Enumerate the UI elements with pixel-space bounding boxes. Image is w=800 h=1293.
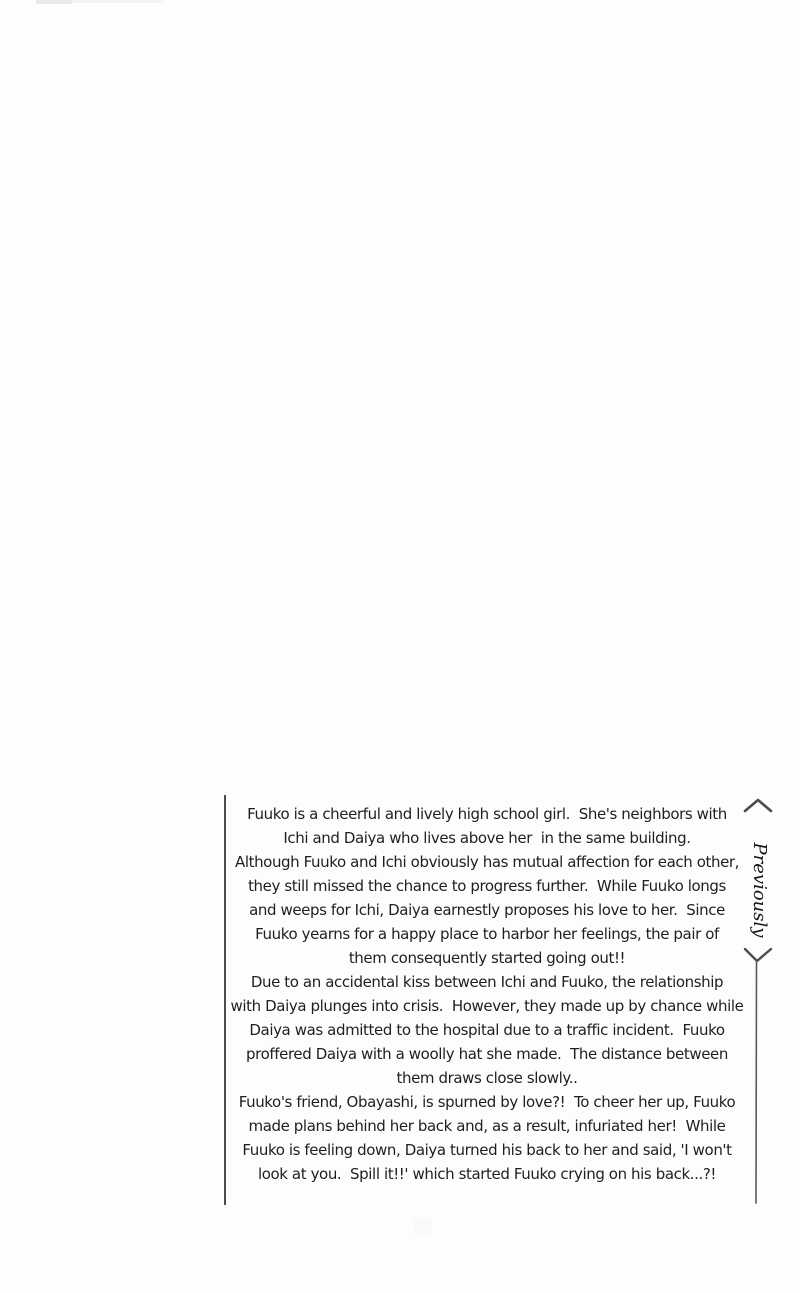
recap-line: Fuuko is a cheerful and lively high scho…: [247, 802, 727, 826]
recap-line: Daiya was admitted to the hospital due t…: [249, 1018, 724, 1042]
recap-left-rule: [224, 795, 226, 1205]
recap-line: and weeps for Ichi, Daiya earnestly prop…: [249, 898, 725, 922]
scan-artifact-top-bar-2: [72, 0, 164, 3]
recap-line: look at you. Spill it!!' which started F…: [258, 1162, 716, 1186]
chevron-down-icon: [742, 946, 774, 1206]
previously-label: Previously: [746, 834, 770, 946]
recap-line: Fuuko is feeling down, Daiya turned his …: [242, 1138, 731, 1162]
recap-line: they still missed the chance to progress…: [248, 874, 726, 898]
recap-line: with Daiya plunges into crisis. However,…: [231, 994, 744, 1018]
recap-line: them draws close slowly..: [396, 1066, 577, 1090]
recap-line: proffered Daiya with a woolly hat she ma…: [246, 1042, 728, 1066]
recap-line: Due to an accidental kiss between Ichi a…: [251, 970, 723, 994]
recap-line: them consequently started going out!!: [349, 946, 625, 970]
scan-artifact-bottom-mark: [414, 1218, 432, 1234]
chevron-up-icon: [742, 796, 774, 816]
recap-line: Ichi and Daiya who lives above her in th…: [283, 826, 690, 850]
recap-line: Fuuko yearns for a happy place to harbor…: [255, 922, 719, 946]
scan-artifact-top-bar: [36, 0, 72, 4]
recap-line: Fuuko's friend, Obayashi, is spurned by …: [239, 1090, 736, 1114]
recap-line: Although Fuuko and Ichi obviously has mu…: [235, 850, 739, 874]
recap-line: made plans behind her back and, as a res…: [248, 1114, 725, 1138]
recap-text: Fuuko is a cheerful and lively high scho…: [231, 802, 743, 1186]
